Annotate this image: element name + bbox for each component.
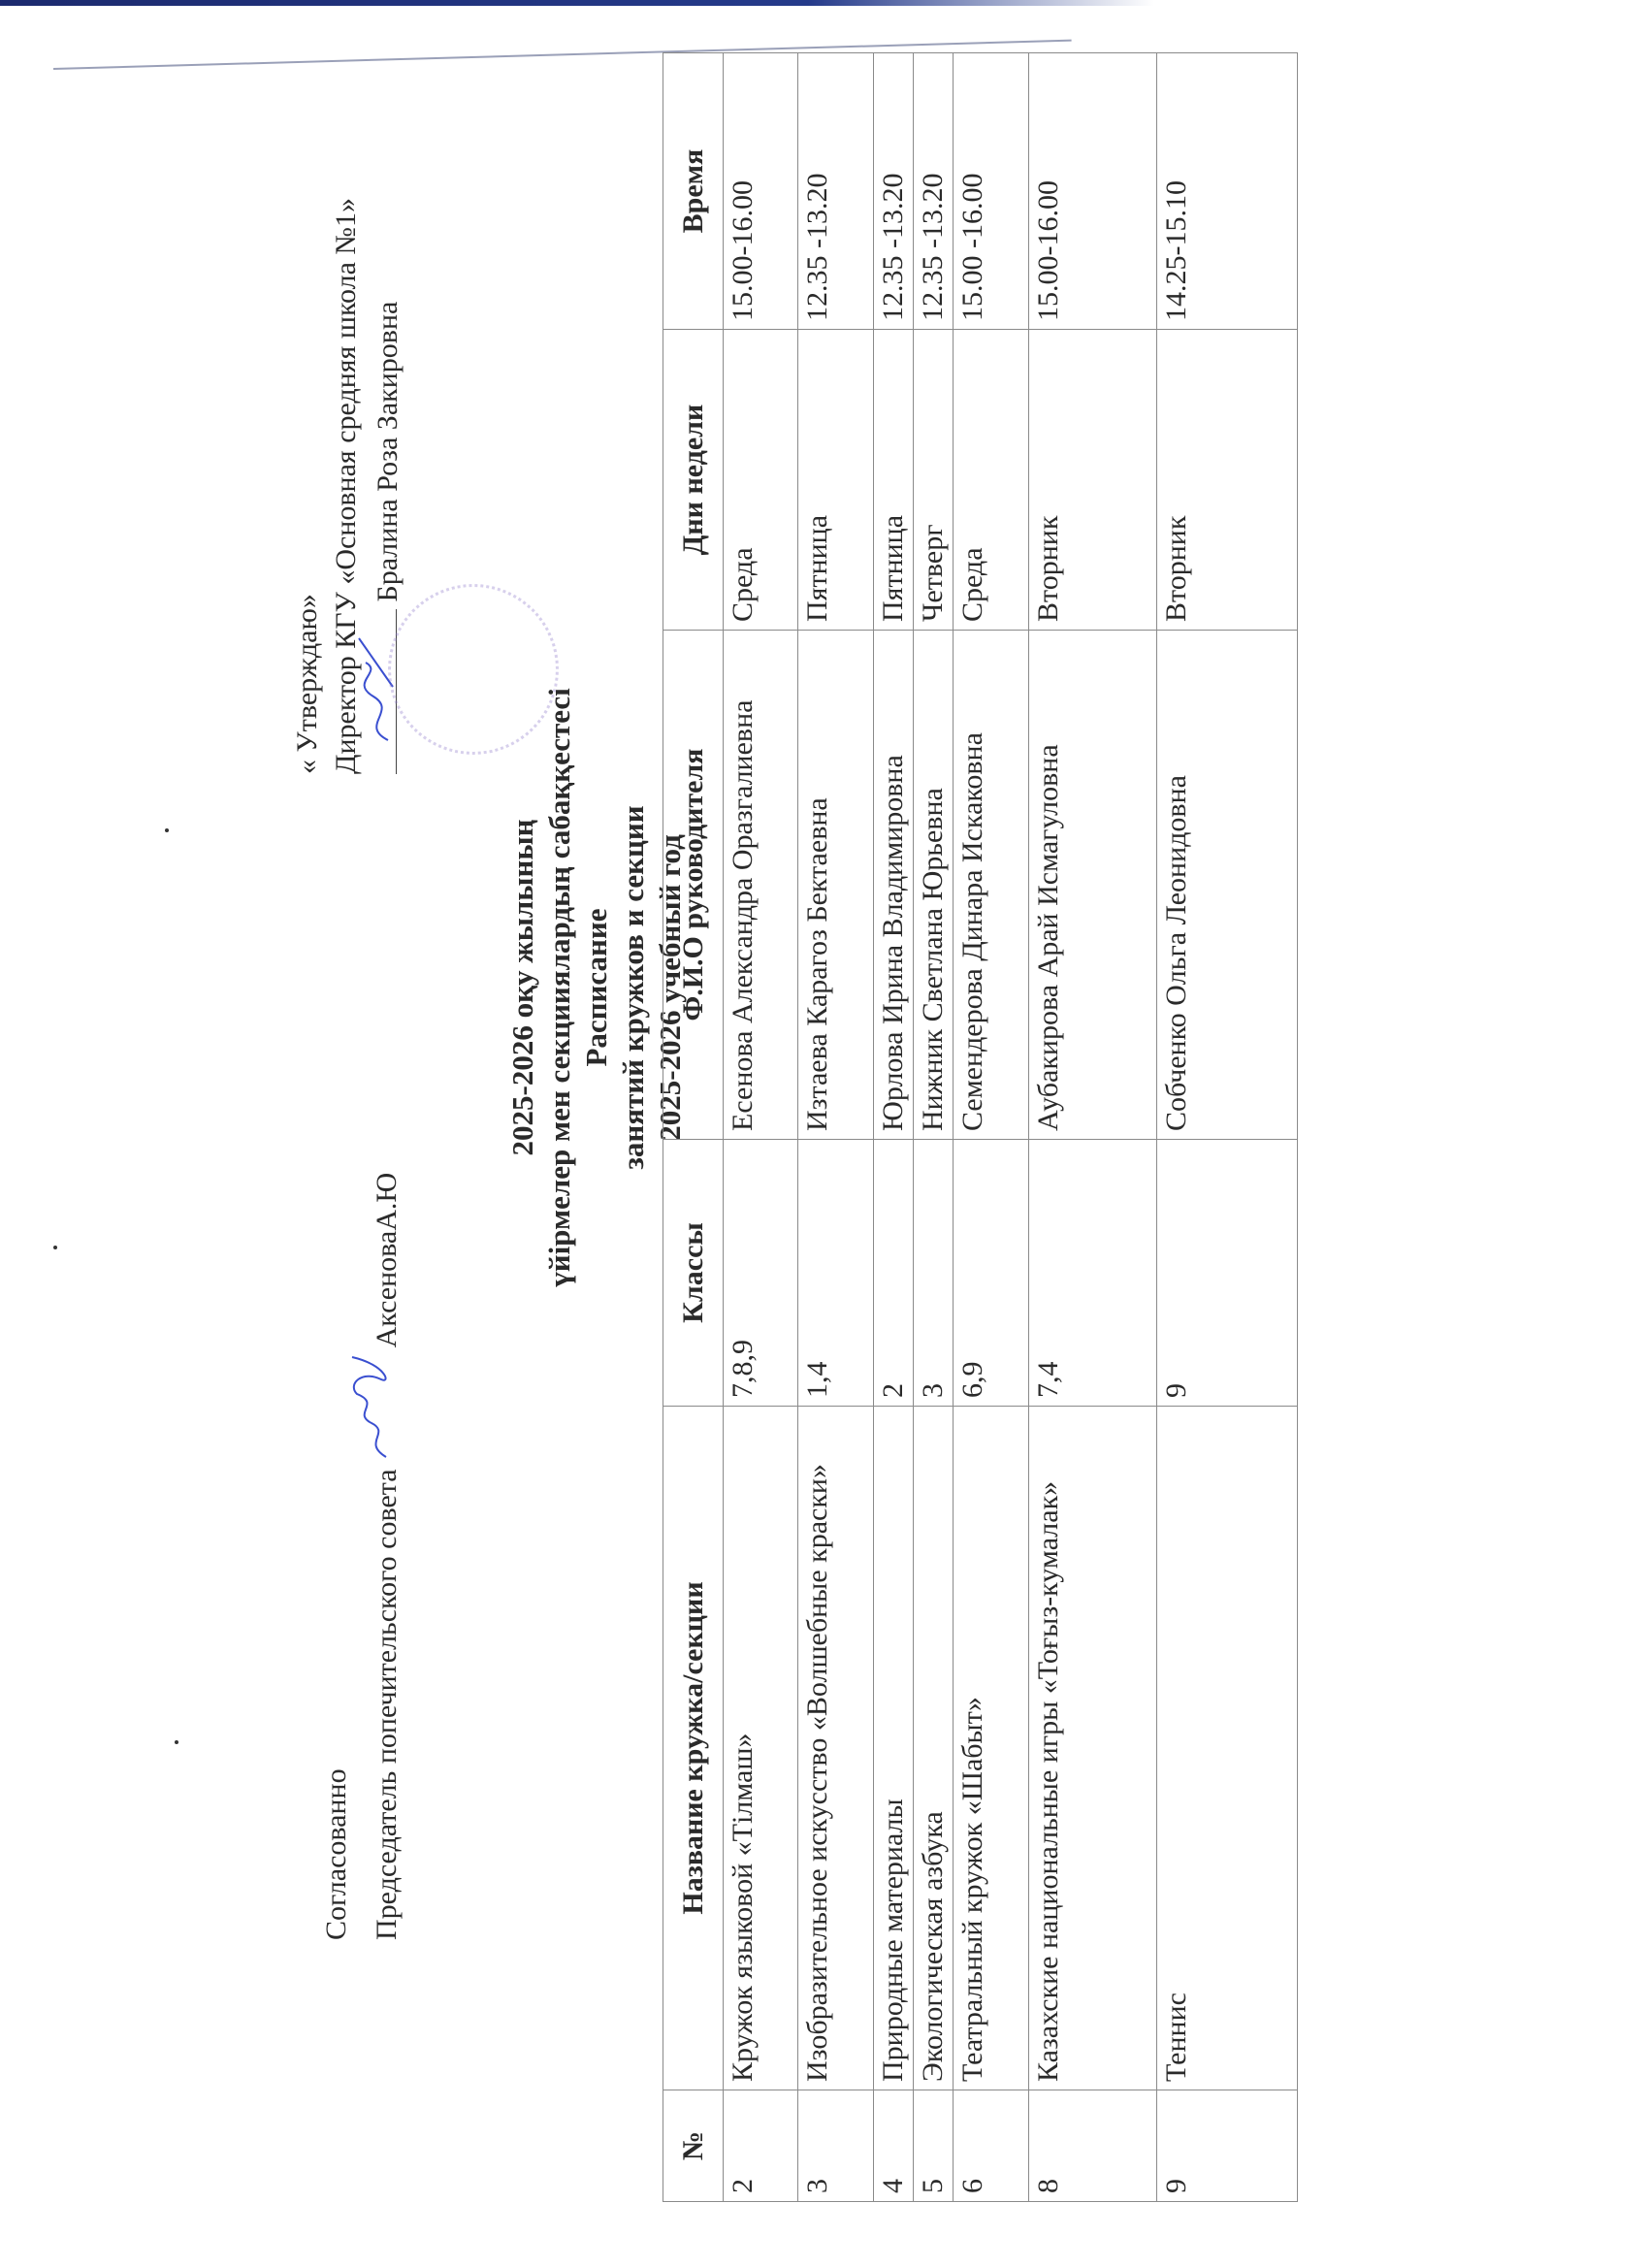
col-header-time: Время	[663, 53, 724, 330]
cell-leader: Есенова Александра Оразгалиевна	[724, 631, 798, 1140]
cell-time: 12.35 -13.20	[874, 53, 914, 330]
document-title: 2025-2026 оқу жылының үйірмелер мен секц…	[504, 638, 689, 1337]
table-row: 8 Казахские национальные игры «Тоғыз-кум…	[1029, 53, 1157, 2202]
table-row: 5 Экологическая азбука 3 Нижник Светлана…	[914, 53, 954, 2202]
cell-leader: Изтаева Карагоз Бектаевна	[798, 631, 874, 1140]
cell-name: Изобразительное искусство «Волшебные кра…	[798, 1407, 874, 2090]
chair-title: Председатель попечительского совета	[371, 1469, 403, 1940]
title-line-1: 2025-2026 оқу жылының	[504, 638, 541, 1337]
col-header-classes: Классы	[663, 1140, 724, 1407]
scan-speck	[53, 1246, 57, 1249]
cell-number: 5	[914, 2090, 954, 2202]
cell-number: 3	[798, 2090, 874, 2202]
cell-time: 12.35 -13.20	[798, 53, 874, 330]
cell-day: Пятница	[798, 330, 874, 631]
table-row: 3 Изобразительное искусство «Волшебные к…	[798, 53, 874, 2202]
scan-speck	[175, 1740, 178, 1744]
cell-time: 15.00-16.00	[724, 53, 798, 330]
col-header-name: Название кружка/секции	[663, 1407, 724, 2090]
col-header-leader: Ф.И.О руководителя	[663, 631, 724, 1140]
chair-signature	[367, 1355, 396, 1462]
cell-name: Экологическая азбука	[914, 1407, 954, 2090]
cell-classes: 9	[1157, 1140, 1298, 1407]
cell-leader: Юрлова Ирина Владимировна	[874, 631, 914, 1140]
cell-classes: 2	[874, 1140, 914, 1407]
cell-day: Вторник	[1157, 330, 1298, 631]
cell-leader: Семендерова Динара Искаковна	[954, 631, 1029, 1140]
agreed-label: Согласованно	[320, 1768, 353, 1940]
scan-speck	[165, 828, 169, 832]
cell-classes: 7,4	[1029, 1140, 1157, 1407]
chair-line: Председатель попечительского совета Аксе…	[367, 1173, 404, 1940]
col-header-number: №	[663, 2090, 724, 2202]
title-line-3: Расписание	[578, 638, 615, 1337]
table-header-row: № Название кружка/секции Классы Ф.И.О ру…	[663, 53, 724, 2202]
cell-number: 8	[1029, 2090, 1157, 2202]
title-line-4: занятий кружков и секции	[615, 638, 652, 1337]
cell-classes: 1,4	[798, 1140, 874, 1407]
cell-number: 2	[724, 2090, 798, 2202]
cell-number: 6	[954, 2090, 1029, 2202]
cell-time: 15.00 -16.00	[954, 53, 1029, 330]
table-row: 6 Театральный кружок «Шабыт» 6,9 Семенде…	[954, 53, 1029, 2202]
cell-day: Среда	[954, 330, 1029, 631]
cell-classes: 6,9	[954, 1140, 1029, 1407]
cell-day: Четверг	[914, 330, 954, 631]
cell-leader: Собченко Ольга Леонидовна	[1157, 631, 1298, 1140]
cell-leader: Аубакирова Арай Исмагуловна	[1029, 631, 1157, 1140]
chair-name: АксеноваА.Ю	[371, 1173, 403, 1348]
cell-name: Кружок языковой «Тілмаш»	[724, 1407, 798, 2090]
cell-time: 12.35 -13.20	[914, 53, 954, 330]
cell-day: Пятница	[874, 330, 914, 631]
cell-day: Среда	[724, 330, 798, 631]
cell-time: 14.25-15.10	[1157, 53, 1298, 330]
director-name: Бралина Роза Закировна	[372, 302, 404, 602]
cell-leader: Нижник Светлана Юрьевна	[914, 631, 954, 1140]
cell-name: Казахские национальные игры «Тоғыз-кумал…	[1029, 1407, 1157, 2090]
table-row: 4 Природные материалы 2 Юрлова Ирина Вла…	[874, 53, 914, 2202]
cell-classes: 3	[914, 1140, 954, 1407]
schedule-table: № Название кружка/секции Классы Ф.И.О ру…	[663, 52, 1298, 2202]
title-line-2: үйірмелер мен секцииялардың сабаққестесі	[541, 638, 578, 1337]
cell-name: Природные материалы	[874, 1407, 914, 2090]
col-header-days: Дни недели	[663, 330, 724, 631]
cell-classes: 7,8,9	[724, 1140, 798, 1407]
cell-number: 4	[874, 2090, 914, 2202]
cell-number: 9	[1157, 2090, 1298, 2202]
approve-label: « Утверждаю»	[291, 594, 324, 774]
cell-time: 15.00-16.00	[1029, 53, 1157, 330]
document-page: Согласованно Председатель попечительског…	[0, 0, 1649, 2268]
cell-name: Театральный кружок «Шабыт»	[954, 1407, 1029, 2090]
table-row: 9 Теннис 9 Собченко Ольга Леонидовна Вто…	[1157, 53, 1298, 2202]
cell-day: Вторник	[1029, 330, 1157, 631]
cell-name: Теннис	[1157, 1407, 1298, 2090]
table-row: 2 Кружок языковой «Тілмаш» 7,8,9 Есенова…	[724, 53, 798, 2202]
